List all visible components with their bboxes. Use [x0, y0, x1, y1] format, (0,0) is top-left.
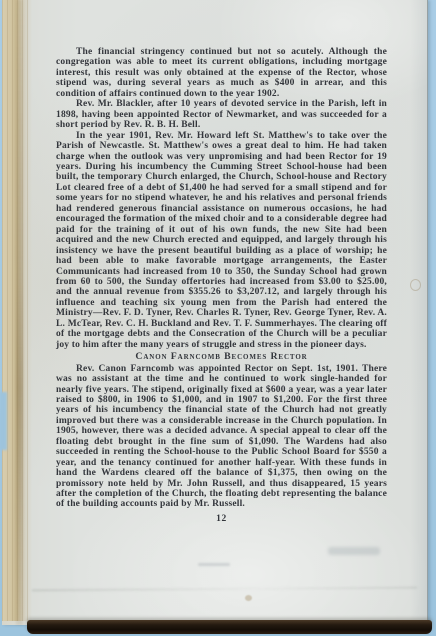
stain-dot — [245, 595, 252, 601]
binding-streak — [16, 0, 23, 625]
paragraph-rev-blackler: Rev. Mr. Blackler, after 10 years of dev… — [56, 99, 387, 130]
paper-crease — [32, 587, 417, 592]
paragraph-rev-howard: In the year 1901, Rev. Mr. Howard left S… — [56, 131, 387, 351]
paragraph-canon-farncomb: Rev. Canon Farncomb was appointed Rector… — [56, 364, 387, 510]
book-page: The financial stringency continued but n… — [2, 0, 428, 625]
paragraph-financial-stringency: The financial stringency continued but n… — [56, 47, 387, 99]
book-bottom-edge — [27, 620, 432, 634]
section-heading: Canon Farncomb Becomes Rector — [56, 352, 387, 362]
binding-notch — [0, 392, 7, 450]
page-number: 12 — [56, 514, 387, 524]
stain-ring — [410, 279, 421, 291]
page-content: The financial stringency continued but n… — [56, 47, 387, 524]
ink-smudge-under-page-number — [198, 563, 230, 566]
scanned-book-page: The financial stringency continued but n… — [0, 0, 436, 636]
ink-smudge — [328, 547, 380, 555]
